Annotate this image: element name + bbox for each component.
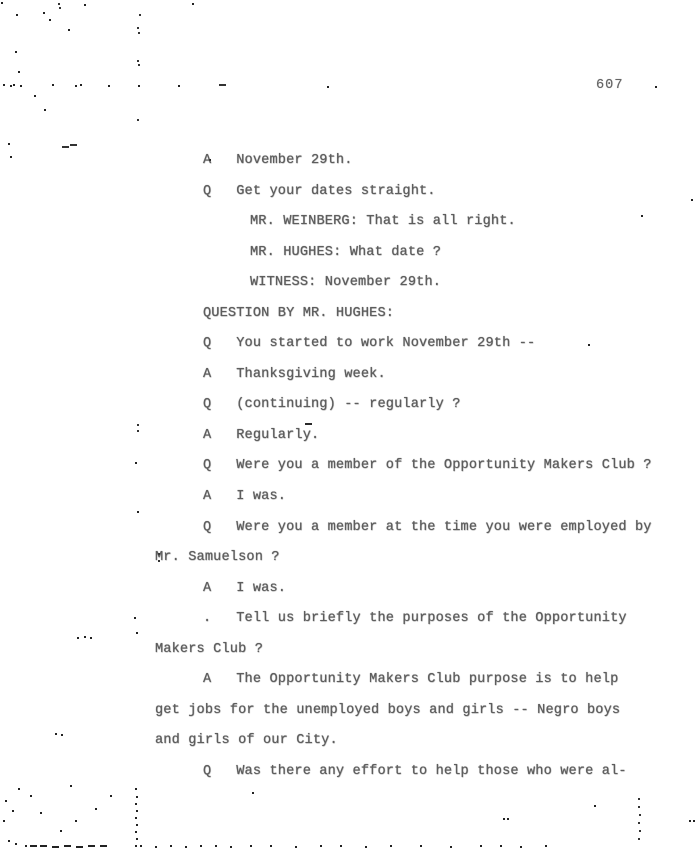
transcript-line-continuation: and girls of our City.	[155, 726, 685, 757]
transcript-line: Q Was there any effort to help those who…	[155, 757, 685, 788]
transcript-line: A I was.	[155, 574, 685, 605]
transcript-line: Q (continuing) -- regularly ?	[155, 390, 685, 421]
transcript-line: A Thanksgiving week.	[155, 360, 685, 391]
transcript-line: Q Get your dates straight.	[155, 177, 685, 208]
transcript-line: . Tell us briefly the purposes of the Op…	[155, 604, 685, 635]
scan-noise-dashes	[0, 0, 7, 2]
transcript-line: Q Were you a member of the Opportunity M…	[155, 451, 685, 482]
transcript-line-continuation: Makers Club ?	[155, 635, 685, 666]
transcript-line-heading: QUESTION BY MR. HUGHES:	[155, 299, 685, 330]
transcript-line: A Regularly.	[155, 421, 685, 452]
transcript-line: Q You started to work November 29th --	[155, 329, 685, 360]
transcript-line-speaker: MR. HUGHES: What date ?	[155, 238, 685, 269]
transcript-line: A November 29th.	[155, 146, 685, 177]
transcript-line: Q Were you a member at the time you were…	[155, 513, 685, 544]
transcript-line-speaker: MR. WEINBERG: That is all right.	[155, 207, 685, 238]
scanned-transcript-page: 607 A November 29th. Q Get your dates st…	[0, 0, 700, 849]
transcript-line-continuation: get jobs for the unemployed boys and gir…	[155, 696, 685, 727]
page-number: 607	[596, 78, 623, 93]
transcript-line: A I was.	[155, 482, 685, 513]
transcript-line-speaker: WITNESS: November 29th.	[155, 268, 685, 299]
transcript-line-continuation: Mr. Samuelson ?	[155, 543, 685, 574]
transcript-body: A November 29th. Q Get your dates straig…	[155, 146, 685, 787]
transcript-line: A The Opportunity Makers Club purpose is…	[155, 665, 685, 696]
